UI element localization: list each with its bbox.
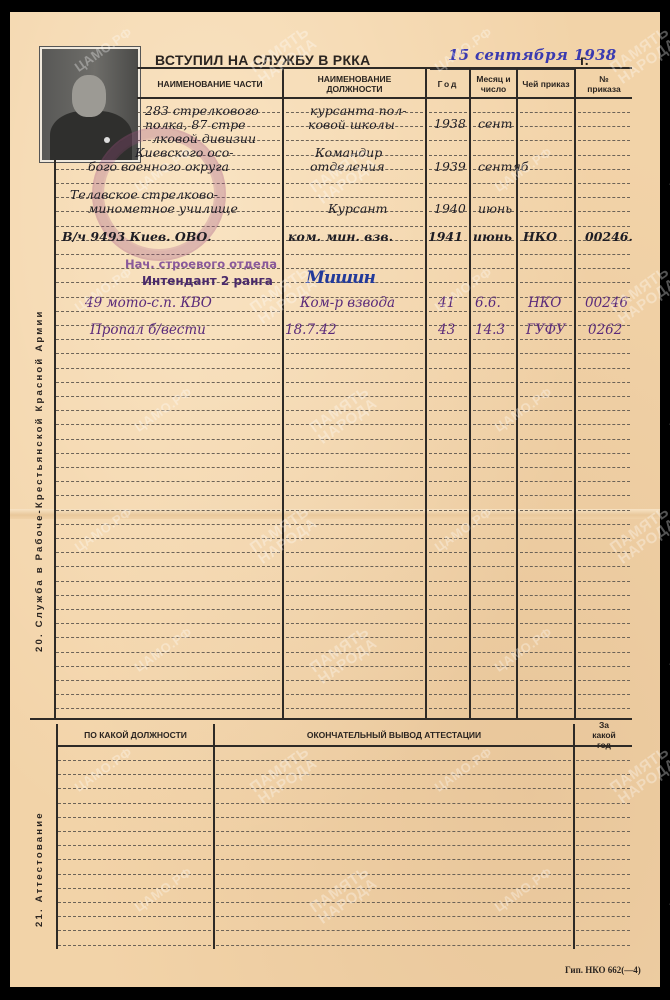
- left-border: [54, 160, 56, 720]
- year-suffix: г.: [580, 52, 589, 68]
- row9-order-number: 00246.: [585, 229, 633, 244]
- row11-year: 41: [438, 295, 455, 311]
- row12-month: 14.3: [475, 322, 505, 338]
- watermark: ЦАМО.РФ: [492, 864, 555, 914]
- row12-order-number: 0262: [588, 322, 622, 338]
- watermark: ЦАМО.РФ: [132, 624, 195, 674]
- row9-unit: В/ч 9493 Киев. ОВО.: [62, 229, 212, 244]
- row1-unit: 283 стрелкового: [145, 103, 259, 118]
- row8-unit: минометное училище: [88, 201, 238, 216]
- attestation-header-border: [56, 745, 632, 747]
- header-bottom-border: [137, 97, 632, 99]
- header-year: Год: [427, 70, 469, 97]
- section21-label: 21. Аттестование: [34, 811, 45, 927]
- row7-unit: Телавское стрелково-: [70, 187, 218, 202]
- col-divider-5: [574, 67, 576, 720]
- stamp-title: Нач. строевого отдела: [125, 257, 277, 271]
- header-attestation-year: За какой год: [576, 722, 632, 747]
- print-mark: Гип. НКО 662(—4): [565, 965, 641, 975]
- enlistment-date: 15 сентября 1938: [448, 46, 617, 64]
- row2-unit: полка, 87 стре: [145, 117, 246, 132]
- row5-month: сентяб: [478, 159, 528, 174]
- header-order-number: № приказа: [576, 70, 632, 97]
- col-divider-3: [469, 67, 471, 720]
- row5-year: 1939: [434, 159, 466, 174]
- watermark: ПАМЯТЬНАРОДА: [308, 385, 380, 447]
- section20-bottom-border: [30, 718, 632, 720]
- row11-order-by: НКО: [528, 295, 561, 311]
- header-month-day: Месяц и число: [471, 70, 516, 97]
- row12-status: Пропал б/вести: [90, 322, 206, 338]
- row1-position: курсанта пол-: [310, 103, 406, 118]
- row12-date: 18.7.42: [285, 322, 337, 338]
- header-attestation-conclusion: ОКОНЧАТЕЛЬНЫЙ ВЫВОД АТТЕСТАЦИИ: [215, 724, 573, 745]
- attestation-divider-1: [213, 724, 215, 949]
- row4-position: Командир: [315, 145, 382, 160]
- row8-month: июнь: [478, 201, 512, 216]
- enlistment-title: ВСТУПИЛ НА СЛУЖБУ В РККА 15 сентября 193…: [155, 52, 371, 68]
- medal-badge: [104, 137, 110, 143]
- watermark: ЦАМО.РФ: [132, 864, 195, 914]
- col-divider-2: [425, 67, 427, 720]
- section20-label: 20. Служба в Рабоче-Крестьянской Красной…: [34, 309, 45, 652]
- row12-order-by: ГУФУ: [526, 322, 566, 338]
- row9-position: ком. мин. взв.: [288, 229, 393, 244]
- row1-year: 1938: [434, 116, 466, 131]
- stamp-rank: Интендант 2 ранга: [142, 274, 273, 288]
- signature: Мишин: [306, 268, 375, 288]
- row11-order-number: 00246: [585, 295, 628, 311]
- row9-year: 1941: [428, 229, 463, 244]
- archive-document-page: ВСТУПИЛ НА СЛУЖБУ В РККА 15 сентября 193…: [10, 12, 660, 987]
- row11-unit: 49 мото-с.п. КВО: [85, 295, 212, 311]
- row2-position: ковой школы: [308, 117, 395, 132]
- row8-position: Курсант: [328, 201, 387, 216]
- watermark: ПАМЯТЬНАРОДА: [308, 625, 380, 687]
- row8-year: 1940: [434, 201, 466, 216]
- table-top-border: [137, 67, 632, 69]
- header-unit-name: НАИМЕНОВАНИЕ ЧАСТИ: [138, 70, 282, 97]
- row5-unit: бого военного округа: [88, 159, 229, 174]
- header-attestation-position: ПО КАКОЙ ДОЛЖНОСТИ: [58, 724, 213, 745]
- watermark: ПАМЯТЬНАРОДА: [248, 745, 320, 807]
- row5-position: отделения: [310, 159, 385, 174]
- col-divider-1: [282, 67, 284, 720]
- watermark: ЦАМО.РФ: [492, 624, 555, 674]
- row11-position: Ком-р взвода: [300, 295, 395, 311]
- watermark: ПАМЯТЬНАРОДА: [608, 745, 670, 807]
- row4-unit: Киевского осо-: [135, 145, 233, 160]
- title-text: ВСТУПИЛ НА СЛУЖБУ В РККА: [155, 52, 371, 68]
- row3-unit: лковой дивизии: [152, 131, 256, 146]
- header-position: НАИМЕНОВАНИЕ ДОЛЖНОСТИ: [284, 70, 425, 97]
- attestation-divider-2: [573, 724, 575, 949]
- header-order-by: Чей приказ: [518, 70, 574, 97]
- row12-year: 43: [438, 322, 455, 338]
- row1-month: сент: [478, 116, 513, 131]
- row9-order-by: НКО: [523, 229, 557, 244]
- row11-month: 6.6.: [475, 295, 501, 311]
- row9-month: июнь: [473, 229, 512, 244]
